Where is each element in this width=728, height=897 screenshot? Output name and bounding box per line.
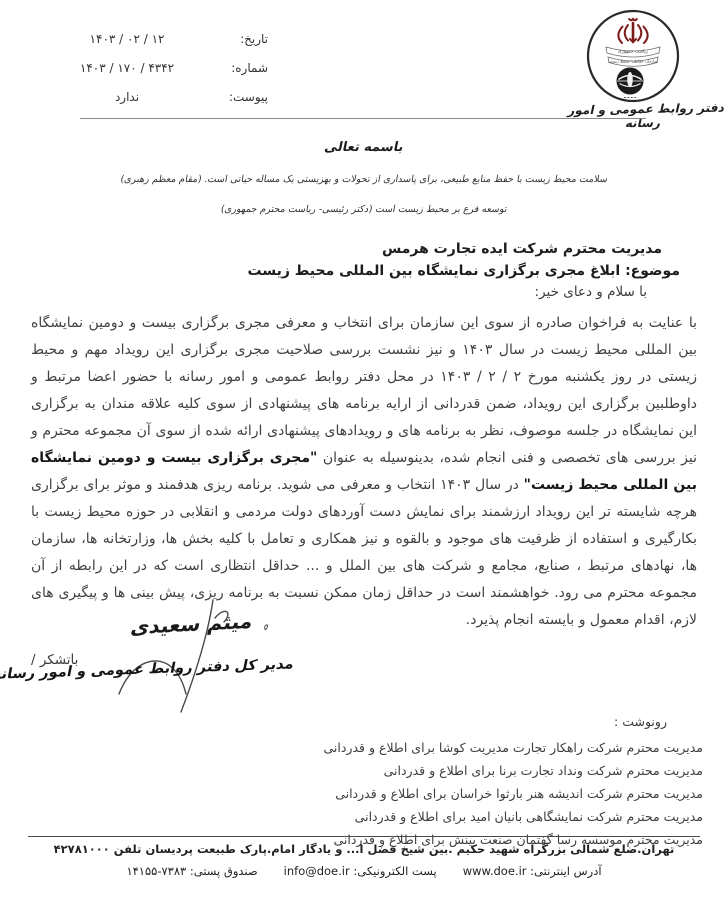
salutation-line: با سلام و دعای خیر: [31,282,697,303]
letter-meta-block: تاریخ: ۱۲ / ۰۲ / ۱۴۰۳ شماره: ۴۳۴۲ / ۱۷۰ … [28,24,268,111]
signature-block: میثم سعیدی مدیر کل دفتر روابط عمومی و ام… [55,598,327,716]
footer-pobox-value: ۱۴۱۵۵-۷۳۸۳ [126,864,186,878]
organization-emblem: ریاست جمهوری سازمان حفاظت محیط زیست [585,8,681,104]
leader-quote: سلامت محیط زیست با حفظ منابع طبیعی، برای… [0,174,728,185]
footer-divider [28,836,700,837]
cc-item: مدیریت محترم شرکت نمایشگاهی بانیان امید … [25,805,703,828]
letter-page: تاریخ: ۱۲ / ۰۲ / ۱۴۰۳ شماره: ۴۳۴۲ / ۱۷۰ … [0,0,728,897]
number-value: ۴۳۴۲ / ۱۷۰ / ۱۴۰۳ [38,61,216,75]
footer-pobox: صندوق پستی: ۱۴۱۵۵-۷۳۸۳ [126,864,257,878]
footer-email-value: info@doe.ir [284,864,350,878]
date-label: تاریخ: [216,32,268,46]
number-row: شماره: ۴۳۴۲ / ۱۷۰ / ۱۴۰۳ [28,53,268,82]
eagle-seal-icon [617,68,644,98]
header-divider [80,118,646,119]
footer-email-label: پست الکترونیکی: [353,864,436,878]
cc-block: رونوشت : مدیریت محترم شرکت راهکار تجارت … [25,712,703,851]
number-label: شماره: [216,61,268,75]
letter-body-paragraph: با عنایت به فراخوان صادره از سوی این ساز… [31,310,697,634]
footer-web-label: آدرس اینترنتی: [530,864,601,878]
cc-item: مدیریت محترم شرکت راهکار تجارت مدیریت کو… [25,736,703,759]
iran-emblem-icon [618,19,647,43]
president-quote: توسعه فرع بر محیط زیست است (دکتر رئیسی- … [0,204,728,215]
subject-line: موضوع: ابلاغ مجری برگزاری نمایشگاه بین ا… [31,260,697,282]
cc-label: رونوشت : [25,712,703,732]
cc-item: مدیریت محترم شرکت ونداد تجارت برنا برای … [25,759,703,782]
footer-web: آدرس اینترنتی: www.doe.ir [463,864,602,878]
footer-web-value: www.doe.ir [463,864,527,878]
date-row: تاریخ: ۱۲ / ۰۲ / ۱۴۰۳ [28,24,268,53]
office-name-calligraphy: دفتر روابط عمومی و امور رسانه [562,101,727,132]
attachment-value: ندارد [38,90,216,104]
emblem-ribbon-text-1: ریاست جمهوری [618,50,648,55]
emblem-ribbon: ریاست جمهوری سازمان حفاظت محیط زیست [606,47,660,66]
cc-item: مدیریت محترم شرکت اندیشه هنر بارثوا خراس… [25,782,703,805]
attachment-label: پیوست: [216,90,268,104]
paragraph-part-1: با عنایت به فراخوان صادره از سوی این ساز… [31,315,697,466]
footer-email: پست الکترونیکی: info@doe.ir [284,864,437,878]
footer-contacts-line: آدرس اینترنتی: www.doe.ir پست الکترونیکی… [0,864,728,878]
basmala-text: باسمه تعالی [0,140,728,155]
attachment-row: پیوست: ندارد [28,82,268,111]
cc-list: مدیریت محترم شرکت راهکار تجارت مدیریت کو… [25,736,703,851]
footer-pobox-label: صندوق پستی: [190,864,258,878]
emblem-ribbon-text-2: سازمان حفاظت محیط زیست [608,58,658,63]
footer-address-line: تهران.ضلع شمالی بزرگراه شهید حکیم .بین ش… [0,842,728,856]
date-value: ۱۲ / ۰۲ / ۱۴۰۳ [38,32,216,46]
recipient-line: مدیریت محترم شرکت ایده تجارت هرمس [31,238,697,260]
